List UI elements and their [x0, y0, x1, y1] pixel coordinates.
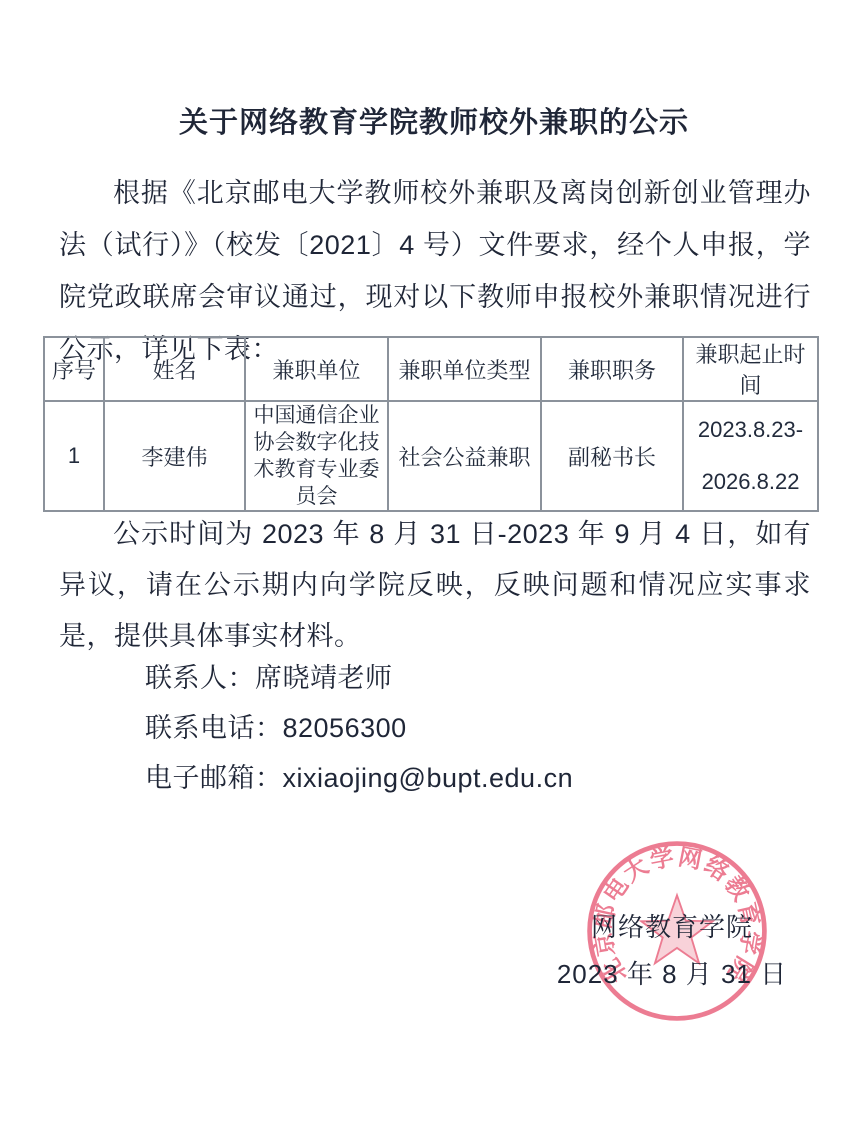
contact-phone-label: 联系电话：	[145, 713, 283, 743]
period-start: 2023.8.23-	[688, 417, 813, 443]
contact-phone-value: 82056300	[283, 713, 407, 743]
document-title: 关于网络教育学院教师校外兼职的公示	[0, 100, 868, 141]
cell-organization: 中国通信企业协会数字化技术教育专业委员会	[245, 401, 388, 511]
announcement-table: 序号 姓名 兼职单位 兼职单位类型 兼职职务 兼职起止时间 1 李建伟 中国通信…	[43, 336, 819, 512]
cell-organization-type: 社会公益兼职	[388, 401, 541, 511]
contact-email-label: 电子邮箱：	[145, 763, 283, 793]
contact-email-row: 电子邮箱：xixiaojing@bupt.edu.cn	[145, 753, 573, 803]
cell-index: 1	[44, 401, 104, 511]
header-position: 兼职职务	[541, 337, 683, 401]
cell-position: 副秘书长	[541, 401, 683, 511]
contact-person-row: 联系人：席晓靖老师	[145, 653, 573, 703]
period-end: 2026.8.22	[688, 469, 813, 495]
header-organization-type: 兼职单位类型	[388, 337, 541, 401]
document-page: 关于网络教育学院教师校外兼职的公示 根据《北京邮电大学教师校外兼职及离岗创新创业…	[0, 0, 868, 1146]
header-index: 序号	[44, 337, 104, 401]
table-header-row: 序号 姓名 兼职单位 兼职单位类型 兼职职务 兼职起止时间	[44, 337, 818, 401]
contact-info: 联系人：席晓靖老师 联系电话：82056300 电子邮箱：xixiaojing@…	[145, 653, 573, 803]
cell-name: 李建伟	[104, 401, 245, 511]
signature-organization: 网络教育学院	[500, 907, 844, 944]
header-period: 兼职起止时间	[683, 337, 818, 401]
signature-date: 2023 年 8 月 31 日	[500, 954, 844, 991]
header-organization: 兼职单位	[245, 337, 388, 401]
header-name: 姓名	[104, 337, 245, 401]
contact-person-label: 联系人：	[145, 663, 255, 693]
table-row: 1 李建伟 中国通信企业协会数字化技术教育专业委员会 社会公益兼职 副秘书长 2…	[44, 401, 818, 511]
contact-phone-row: 联系电话：82056300	[145, 703, 573, 753]
notice-paragraph: 公示时间为 2023 年 8 月 31 日-2023 年 9 月 4 日，如有异…	[59, 509, 811, 662]
contact-email-value: xixiaojing@bupt.edu.cn	[283, 763, 574, 793]
cell-period: 2023.8.23- 2026.8.22	[683, 401, 818, 511]
contact-person-value: 席晓靖老师	[255, 663, 393, 693]
